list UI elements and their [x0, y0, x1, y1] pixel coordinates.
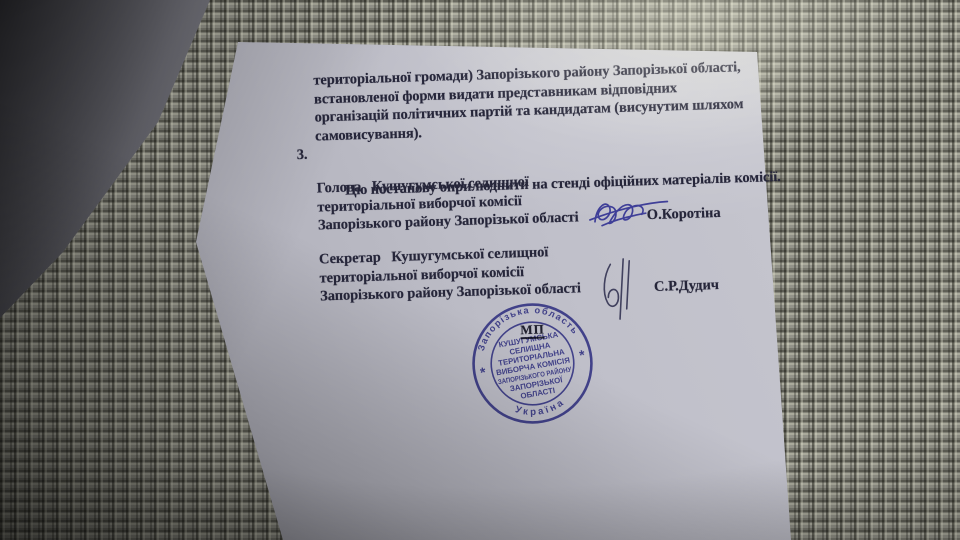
- secretary-name: С.Р.Дудич: [654, 277, 719, 296]
- list-item-number: 3.: [296, 146, 307, 165]
- stamp-asterisk-right: *: [578, 346, 587, 363]
- photo-canvas: територіальної громади) Запорізького рай…: [0, 0, 960, 540]
- stamp-asterisk-left: *: [479, 364, 488, 381]
- signature-block-head: Голова Кушугумської селищної територіаль…: [317, 166, 739, 235]
- handwritten-signature-secretary-icon: [597, 256, 641, 321]
- official-round-stamp-icon: Запорізька область Україна * * КУШУГУМСЬ…: [451, 282, 614, 445]
- handwritten-signature-head-icon: [587, 190, 670, 235]
